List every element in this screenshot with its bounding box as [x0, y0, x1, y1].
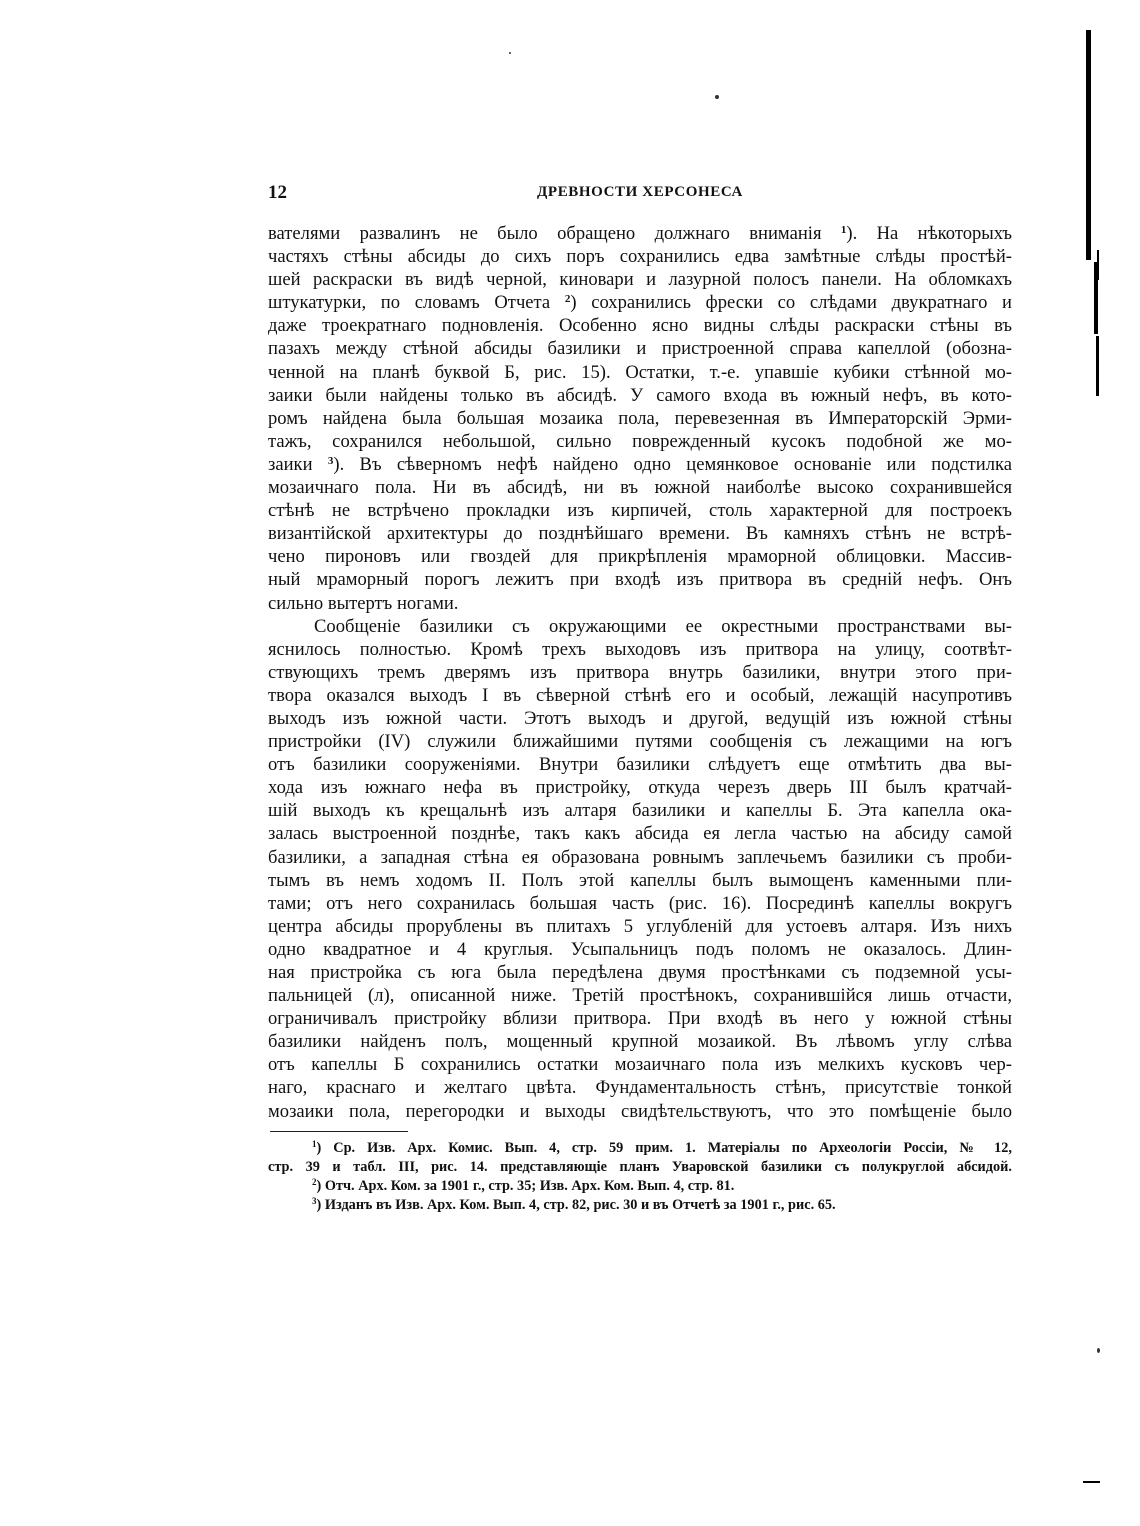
text-line: стѣнѣ не встрѣчено прокладки изъ кирпиче…	[268, 499, 1012, 522]
text-line: мозаики пола, перегородки и выходы свидѣ…	[268, 1100, 1012, 1123]
text-line: штукатурки, по словамъ Отчета 2) сохрани…	[268, 291, 1012, 314]
scan-edge-artifact	[1097, 250, 1099, 280]
text-line: центра абсиды прорублены въ плитахъ 5 уг…	[268, 915, 1012, 938]
text-line: ствующихъ тремъ дверямъ изъ притвора вну…	[268, 661, 1012, 684]
page-header: 12 ДРЕВНОСТИ ХЕРСОНЕСА	[268, 182, 1012, 206]
text-line: базилики, а западная стѣна ея образована…	[268, 846, 1012, 869]
text-line: отъ капеллы Б сохранились остатки мозаич…	[268, 1053, 1012, 1076]
text-line: Сообщеніе базилики съ окружающими ее окр…	[268, 615, 1012, 638]
text-line: твора оказался выходъ I въ сѣверной стѣн…	[268, 684, 1012, 707]
text-line: мозаичнаго пола. Ни въ абсидѣ, ни въ южн…	[268, 476, 1012, 499]
text-line: ченной на планѣ буквой Б, рис. 15). Оста…	[268, 361, 1012, 384]
text-line: базилики найденъ полъ, мощенный крупной …	[268, 1030, 1012, 1053]
text-line: византійской архитектуры до позднѣйшаго …	[268, 522, 1012, 545]
text-line: тажъ, сохранился небольшой, сильно повре…	[268, 430, 1012, 453]
text-line: даже троекратнаго подновленія. Особенно …	[268, 314, 1012, 337]
text-line: пристройки (IV) служили ближайшими путям…	[268, 730, 1012, 753]
text-line: пальницей (л), описанной ниже. Третій пр…	[268, 984, 1012, 1007]
footnote: стр. 39 и табл. III, рис. 14. представля…	[268, 1158, 1012, 1177]
text-line: тымъ въ немъ ходомъ II. Полъ этой капелл…	[268, 869, 1012, 892]
footnote: 1) Ср. Изв. Арх. Комис. Вып. 4, стр. 59 …	[268, 1139, 1012, 1158]
text-line: тами; отъ него сохранилась большая часть…	[268, 892, 1012, 915]
text-line: частяхъ стѣны абсиды до сихъ поръ сохран…	[268, 245, 1012, 268]
footnote-separator	[270, 1131, 408, 1132]
footnotes: 1) Ср. Изв. Арх. Комис. Вып. 4, стр. 59 …	[268, 1139, 1012, 1215]
text-line: заики 3). Въ сѣверномъ нефѣ найдено одно…	[268, 453, 1012, 476]
footnote: 2) Отч. Арх. Ком. за 1901 г., стр. 35; И…	[268, 1177, 1012, 1196]
scan-speck	[509, 52, 511, 54]
text-line: заики были найдены только въ абсидѣ. У с…	[268, 384, 1012, 407]
text-line: хода изъ южнаго нефа въ пристройку, отку…	[268, 776, 1012, 799]
text-line: чено пироновъ или гвоздей для прикрѣплен…	[268, 545, 1012, 568]
scan-speck	[715, 95, 719, 99]
text-line: яснилось полностью. Кромѣ трехъ выходовъ…	[268, 638, 1012, 661]
body-text: вателями развалинъ не было обращено долж…	[268, 222, 1012, 1123]
footnote: 3) Изданъ въ Изв. Арх. Ком. Вып. 4, стр.…	[268, 1196, 1012, 1215]
text-line: ограничивалъ пристройку вблизи притвора.…	[268, 1007, 1012, 1030]
text-line: залась выстроенной позднѣе, такъ какъ аб…	[268, 822, 1012, 845]
text-line: шей раскраски въ видѣ черной, киновари и…	[268, 268, 1012, 291]
text-line: ный мраморный порогъ лежитъ при входѣ из…	[268, 568, 1012, 591]
scan-speck	[1097, 1348, 1100, 1353]
text-line: наго, краснаго и желтаго цвѣта. Фундамен…	[268, 1076, 1012, 1099]
text-line: шій выходъ къ крещальнѣ изъ алтаря базил…	[268, 799, 1012, 822]
document-page: 12 ДРЕВНОСТИ ХЕРСОНЕСА вателями развалин…	[0, 0, 1140, 1526]
text-line: вателями развалинъ не было обращено долж…	[268, 222, 1012, 245]
text-line: ная пристройка съ юга была передѣлена дв…	[268, 961, 1012, 984]
scan-edge-artifact	[1096, 336, 1099, 396]
text-line: сильно вытертъ ногами.	[268, 592, 1012, 615]
text-line: ромъ найдена была большая мозаика пола, …	[268, 407, 1012, 430]
text-line: одно квадратное и 4 круглыя. Усыпальницъ…	[268, 938, 1012, 961]
running-title: ДРЕВНОСТИ ХЕРСОНЕСА	[268, 184, 1012, 201]
text-line: отъ базилики сооруженіями. Внутри базили…	[268, 753, 1012, 776]
text-line: выходъ изъ южной части. Этотъ выходъ и д…	[268, 707, 1012, 730]
text-line: пазахъ между стѣной абсиды базилики и пр…	[268, 337, 1012, 360]
scan-edge-artifact	[1086, 30, 1091, 260]
scan-edge-artifact	[1083, 1481, 1100, 1483]
